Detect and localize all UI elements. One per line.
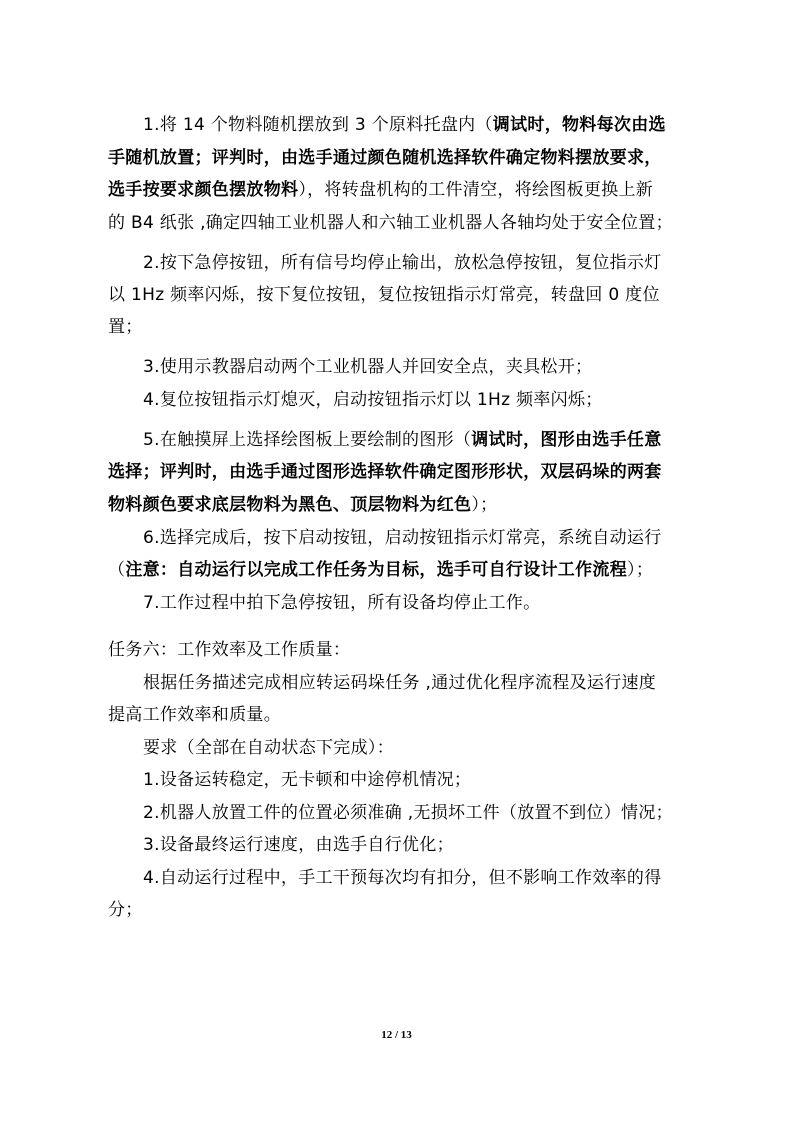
requirement-item-2: 2.机器人放置工件的位置必须准确 ,无损坏工件（放置不到位）情况； [143,802,698,824]
text-run: 6.选择完成后，按下启动按钮，启动按钮指示灯常亮，系统自动运行 [143,528,662,548]
requirement-item-4: 4.自动运行过程中，手工干预每次均有扣分，但不影响工作效率的得 [143,867,698,889]
bold-text-run: 物料颜色要求底层物料为黑色、顶层物料为红色 [108,495,471,515]
text-run: ），将转盘机构的工件清空，将绘图板更换上新 [298,180,653,200]
step-4-line-1: 4.复位按钮指示灯熄灭，启动按钮指示灯以 1Hz 频率闪烁； [143,389,698,411]
text-run: 5.在触摸屏上选择绘图板上要绘制的图形（ [143,430,471,450]
task6-description-line-1: 根据任务描述完成相应转运码垛任务 ,通过优化程序流程及运行速度 [143,672,698,694]
bold-text-run: 选手按要求颜色摆放物料 [108,180,298,200]
page-number: 12 / 13 [0,1028,793,1042]
requirement-item-1: 1.设备运转稳定，无卡顿和中途停机情况； [143,769,698,791]
requirement-item-3: 3.设备最终运行速度，由选手自行优化； [143,834,698,856]
step-1-line-1: 1.将 14 个物料随机摆放到 3 个原料托盘内（调试时，物料每次由选 [143,114,698,136]
step-2-line-2: 以 1Hz 频率闪烁，按下复位按钮，复位按钮指示灯常亮，转盘回 0 度位 [108,284,698,306]
step-5-line-3: 物料颜色要求底层物料为黑色、顶层物料为红色）； [108,494,698,516]
text-run: ）； [627,560,653,580]
requirement-item-4-continued: 分； [108,899,698,921]
step-1-line-4: 的 B4 纸张 ,确定四轴工业机器人和六轴工业机器人各轴均处于安全位置； [108,212,698,234]
text-run: 置； [108,317,143,337]
text-run: 3.使用示教器启动两个工业机器人并回安全点，夹具松开； [143,357,592,377]
text-run: 的 B4 纸张 ,确定四轴工业机器人和六轴工业机器人各轴均处于安全位置； [108,213,673,233]
step-2-line-1: 2.按下急停按钮，所有信号均停止输出，放松急停按钮，复位指示灯 [143,252,698,274]
step-1-line-2: 手随机放置；评判时，由选手通过颜色随机选择软件确定物料摆放要求， [108,147,698,169]
bold-text-run: 手随机放置；评判时，由选手通过颜色随机选择软件确定物料摆放要求， [108,148,662,168]
bold-text-run: 调试时，物料每次由选 [493,115,666,135]
text-run: 1.将 14 个物料随机摆放到 3 个原料托盘内（ [143,115,493,135]
step-5-line-2: 选择；评判时，由选手通过图形选择软件确定图形形状，双层码垛的两套 [108,461,698,483]
text-run: 2.按下急停按钮，所有信号均停止输出，放松急停按钮，复位指示灯 [143,253,662,273]
bold-text-run: 调试时，图形由选手任意 [471,430,661,450]
text-run: ）； [471,495,497,515]
text-run: 以 1Hz 频率闪烁，按下复位按钮，复位按钮指示灯常亮，转盘回 0 度位 [108,285,660,305]
task6-requirements-intro: 要求（全部在自动状态下完成）： [143,737,698,759]
step-6-line-2: （注意：自动运行以完成工作任务为目标，选手可自行设计工作流程）； [108,559,698,581]
task6-heading: 任务六：工作效率及工作质量： [108,639,698,661]
text-run: 7.工作过程中拍下急停按钮，所有设备均停止工作。 [143,593,540,613]
task6-description-line-2: 提高工作效率和质量。 [108,704,698,726]
step-7-line-1: 7.工作过程中拍下急停按钮，所有设备均停止工作。 [143,592,698,614]
text-run: 4.复位按钮指示灯熄灭，启动按钮指示灯以 1Hz 频率闪烁； [143,390,603,410]
step-6-line-1: 6.选择完成后，按下启动按钮，启动按钮指示灯常亮，系统自动运行 [143,527,698,549]
step-2-line-3: 置； [108,316,698,338]
bold-text-run: 注意：自动运行以完成工作任务为目标，选手可自行设计工作流程 [125,560,627,580]
step-1-line-3: 选手按要求颜色摆放物料），将转盘机构的工件清空，将绘图板更换上新 [108,179,698,201]
document-page: 1.将 14 个物料随机摆放到 3 个原料托盘内（调试时，物料每次由选 手随机放… [0,0,793,1122]
step-5-line-1: 5.在触摸屏上选择绘图板上要绘制的图形（调试时，图形由选手任意 [143,429,698,451]
step-3-line-1: 3.使用示教器启动两个工业机器人并回安全点，夹具松开； [143,356,698,378]
text-run: （ [108,560,125,580]
bold-text-run: 选择；评判时，由选手通过图形选择软件确定图形形状，双层码垛的两套 [108,462,662,482]
